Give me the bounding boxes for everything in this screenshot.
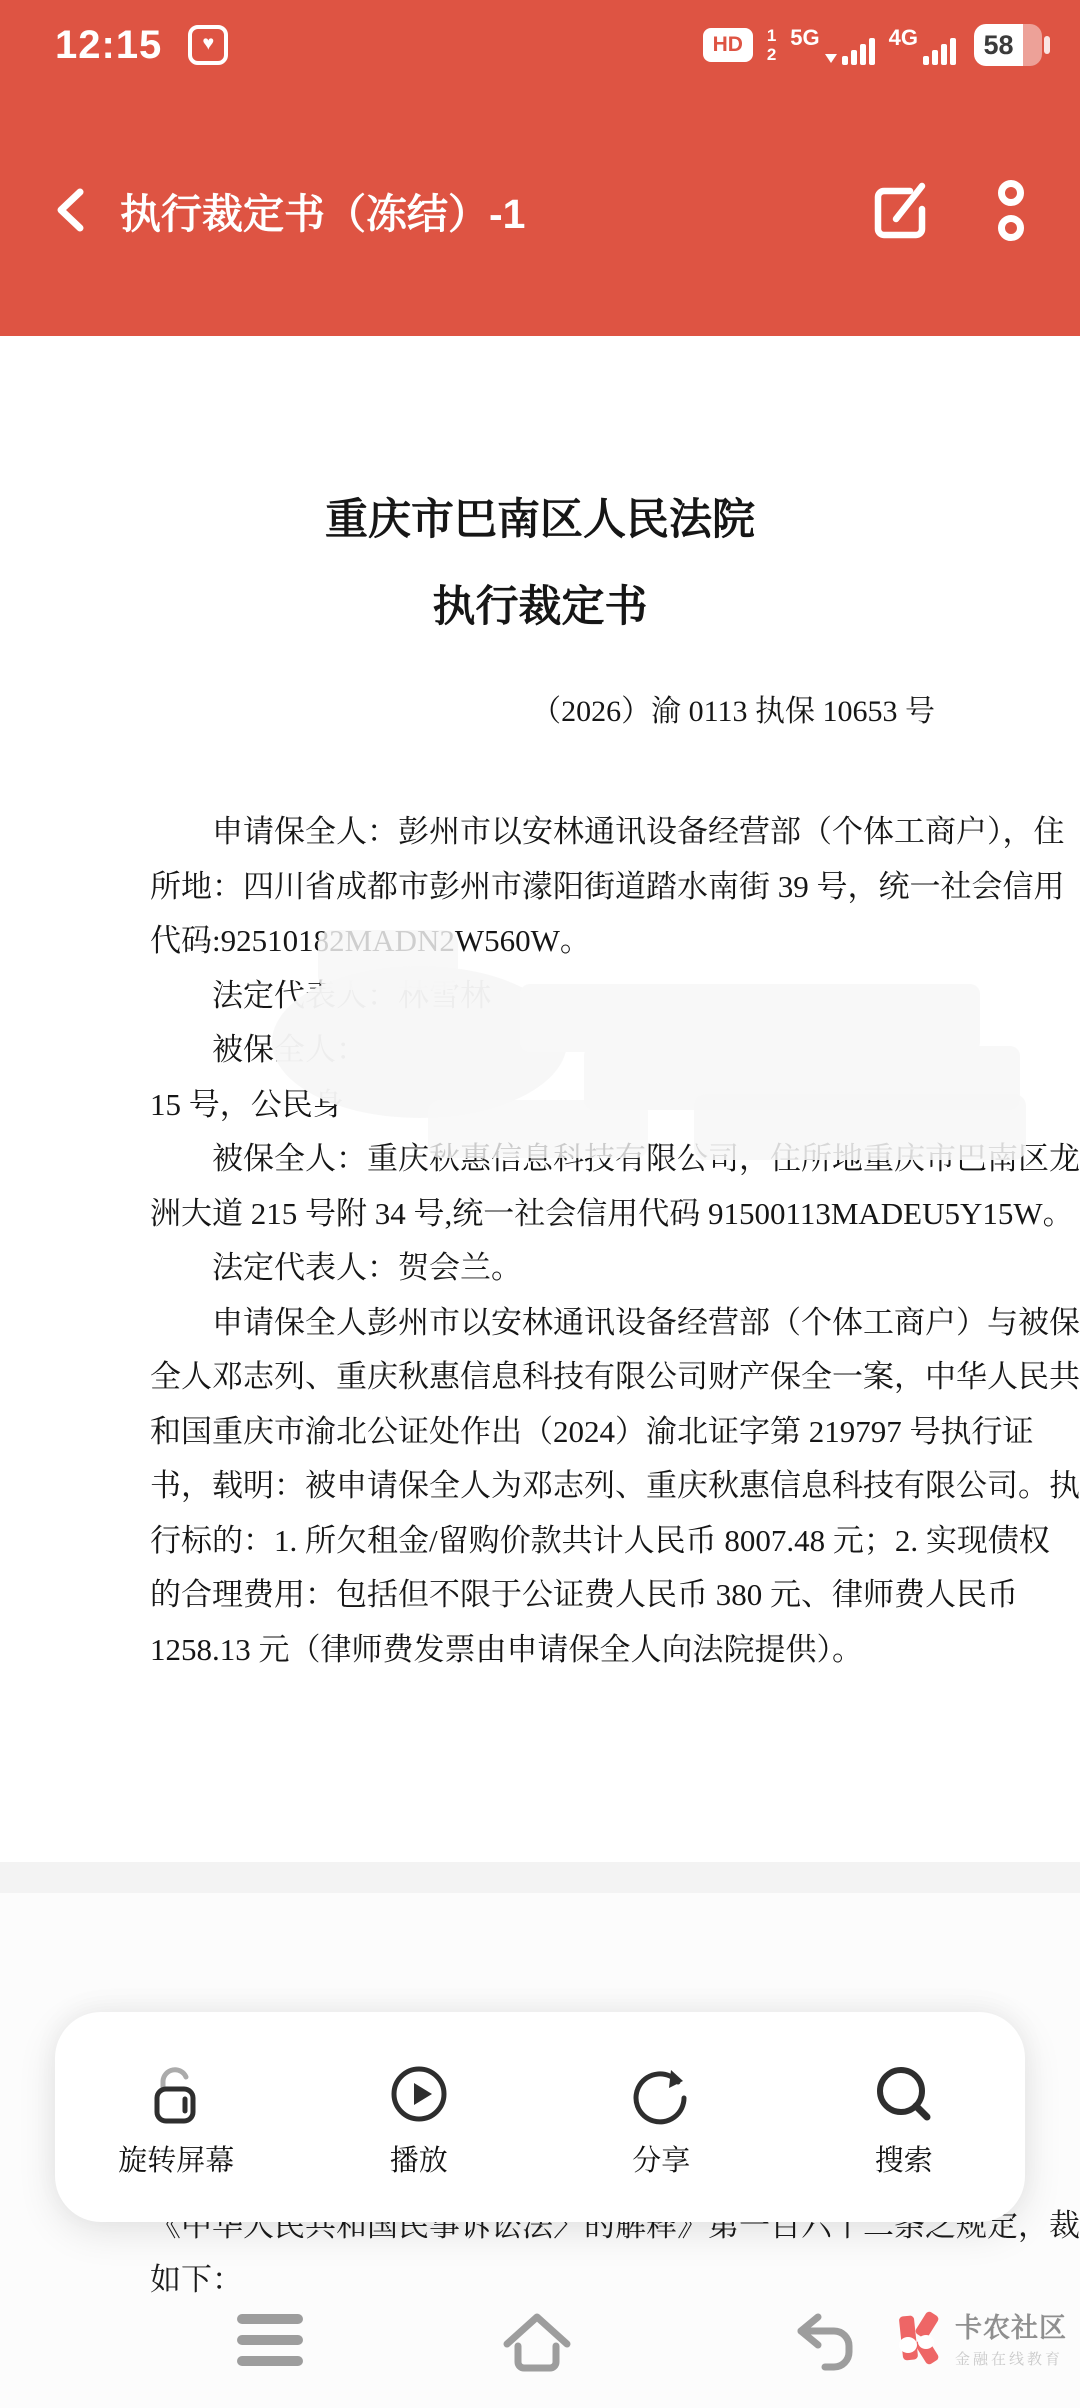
menu-bar-icon [237, 2335, 303, 2345]
signal-bars-icon [923, 38, 956, 65]
doc-line: 法定代表人：贺会兰。 [150, 1241, 1000, 1296]
volte-hd-icon: HD [703, 28, 753, 62]
search-button[interactable]: 搜索 [783, 2062, 1026, 2179]
doc-court-title: 重庆市巴南区人民法院 [0, 486, 1080, 547]
battery-icon: 58 [974, 24, 1042, 66]
signal-4g: 4G [889, 25, 956, 65]
toolbar-label: 搜索 [875, 2138, 933, 2179]
redaction-blob [694, 1094, 1026, 1160]
share-button[interactable]: 分享 [540, 2062, 783, 2179]
bottom-toolbar: 旋转屏幕 播放 分享 搜索 [55, 2012, 1025, 2222]
toolbar-label: 旋转屏幕 [118, 2138, 234, 2179]
home-icon [499, 2310, 575, 2374]
return-arrow-icon [792, 2312, 858, 2372]
share-icon [629, 2062, 693, 2126]
watermark-subtitle: 金融在线教育 [955, 2348, 1067, 2369]
status-bar: 12:15 HD 1 2 5G 4G 58 [0, 0, 1080, 90]
recents-button[interactable] [237, 2314, 303, 2366]
redaction-blob [428, 1100, 648, 1158]
doc-line: 申请保全人：彭州市以安林通讯设备经营部（个体工商户），住 [150, 805, 1000, 860]
status-time: 12:15 [55, 23, 162, 68]
doc-line: 行标的：1. 所欠租金/留购价款共计人民币 8007.48 元；2. 实现债权 [150, 1514, 1000, 1569]
sim1-label: 1 [767, 27, 776, 44]
rotate-screen-button[interactable]: 旋转屏幕 [55, 2062, 298, 2179]
signal-5g: 5G [790, 25, 874, 65]
chevron-left-icon [52, 185, 90, 235]
sim2-label: 2 [767, 46, 776, 63]
toolbar-label: 分享 [632, 2138, 690, 2179]
app-title-bar: 执行裁定书（冻结）-1 [0, 158, 1080, 262]
menu-bar-icon [237, 2356, 303, 2366]
doc-line: 申请保全人彭州市以安林通讯设备经营部（个体工商户）与被保 [150, 1296, 1000, 1351]
doc-case-number: （2026）渝 0113 执保 10653 号 [0, 686, 1080, 730]
page-title: 执行裁定书（冻结）-1 [120, 181, 870, 240]
system-nav-bar: 卡农社区 金融在线教育 [0, 2288, 1080, 2408]
watermark: 卡农社区 金融在线教育 [893, 2306, 1067, 2369]
doc-line: 和国重庆市渝北公证处作出（2024）渝北证字第 219797 号执行证 [150, 1405, 1000, 1460]
toolbar-label: 播放 [390, 2138, 448, 2179]
doc-type-title: 执行裁定书 [0, 573, 1080, 634]
dot-icon [998, 215, 1024, 241]
dot-icon [998, 180, 1024, 206]
signal-bars-icon [842, 38, 875, 65]
rotate-lock-icon [144, 2062, 208, 2126]
more-menu-button[interactable] [998, 177, 1032, 243]
back-button[interactable] [52, 184, 96, 236]
back-nav-button[interactable] [792, 2312, 858, 2377]
doc-line: 1258.13 元（律师费发票由申请保全人向法院提供）。 [150, 1623, 1000, 1678]
status-right-cluster: HD 1 2 5G 4G 58 [703, 24, 1042, 66]
doc-line: 洲大道 215 号附 34 号,统一社会信用代码 91500113MADEU5Y… [150, 1187, 1000, 1242]
edit-button[interactable] [870, 177, 932, 243]
watermark-title: 卡农社区 [955, 2306, 1067, 2345]
phone-screen: 12:15 HD 1 2 5G 4G 58 [0, 0, 1080, 2408]
doc-line: 书，载明：被申请保全人为邓志列、重庆秋惠信息科技有限公司。执 [150, 1459, 1000, 1514]
data-arrow-icon [825, 54, 837, 63]
doc-line: 代码:92510182MADN2W560W。 [150, 914, 1000, 969]
home-button[interactable] [499, 2310, 575, 2379]
play-button[interactable]: 播放 [298, 2062, 541, 2179]
doc-line: 所地：四川省成都市彭州市濛阳街道踏水南街 39 号，统一社会信用 [150, 860, 1000, 915]
notification-heart-icon [188, 25, 228, 65]
app-header: 12:15 HD 1 2 5G 4G 58 [0, 0, 1080, 336]
doc-body: 申请保全人：彭州市以安林通讯设备经营部（个体工商户），住 所地：四川省成都市彭州… [0, 805, 1080, 1677]
redaction-blob [520, 984, 980, 1052]
menu-bar-icon [237, 2314, 303, 2324]
search-icon [872, 2062, 936, 2126]
kanong-logo-icon [893, 2311, 945, 2365]
battery-percent: 58 [974, 24, 1023, 66]
play-icon [387, 2062, 451, 2126]
compose-icon [870, 177, 932, 243]
page-separator [0, 1862, 1080, 1893]
doc-line: 的合理费用：包括但不限于公证费人民币 380 元、律师费人民币 [150, 1568, 1000, 1623]
doc-line: 全人邓志列、重庆秋惠信息科技有限公司财产保全一案，中华人民共 [150, 1350, 1000, 1405]
sim-indicator: 1 2 [767, 27, 776, 63]
